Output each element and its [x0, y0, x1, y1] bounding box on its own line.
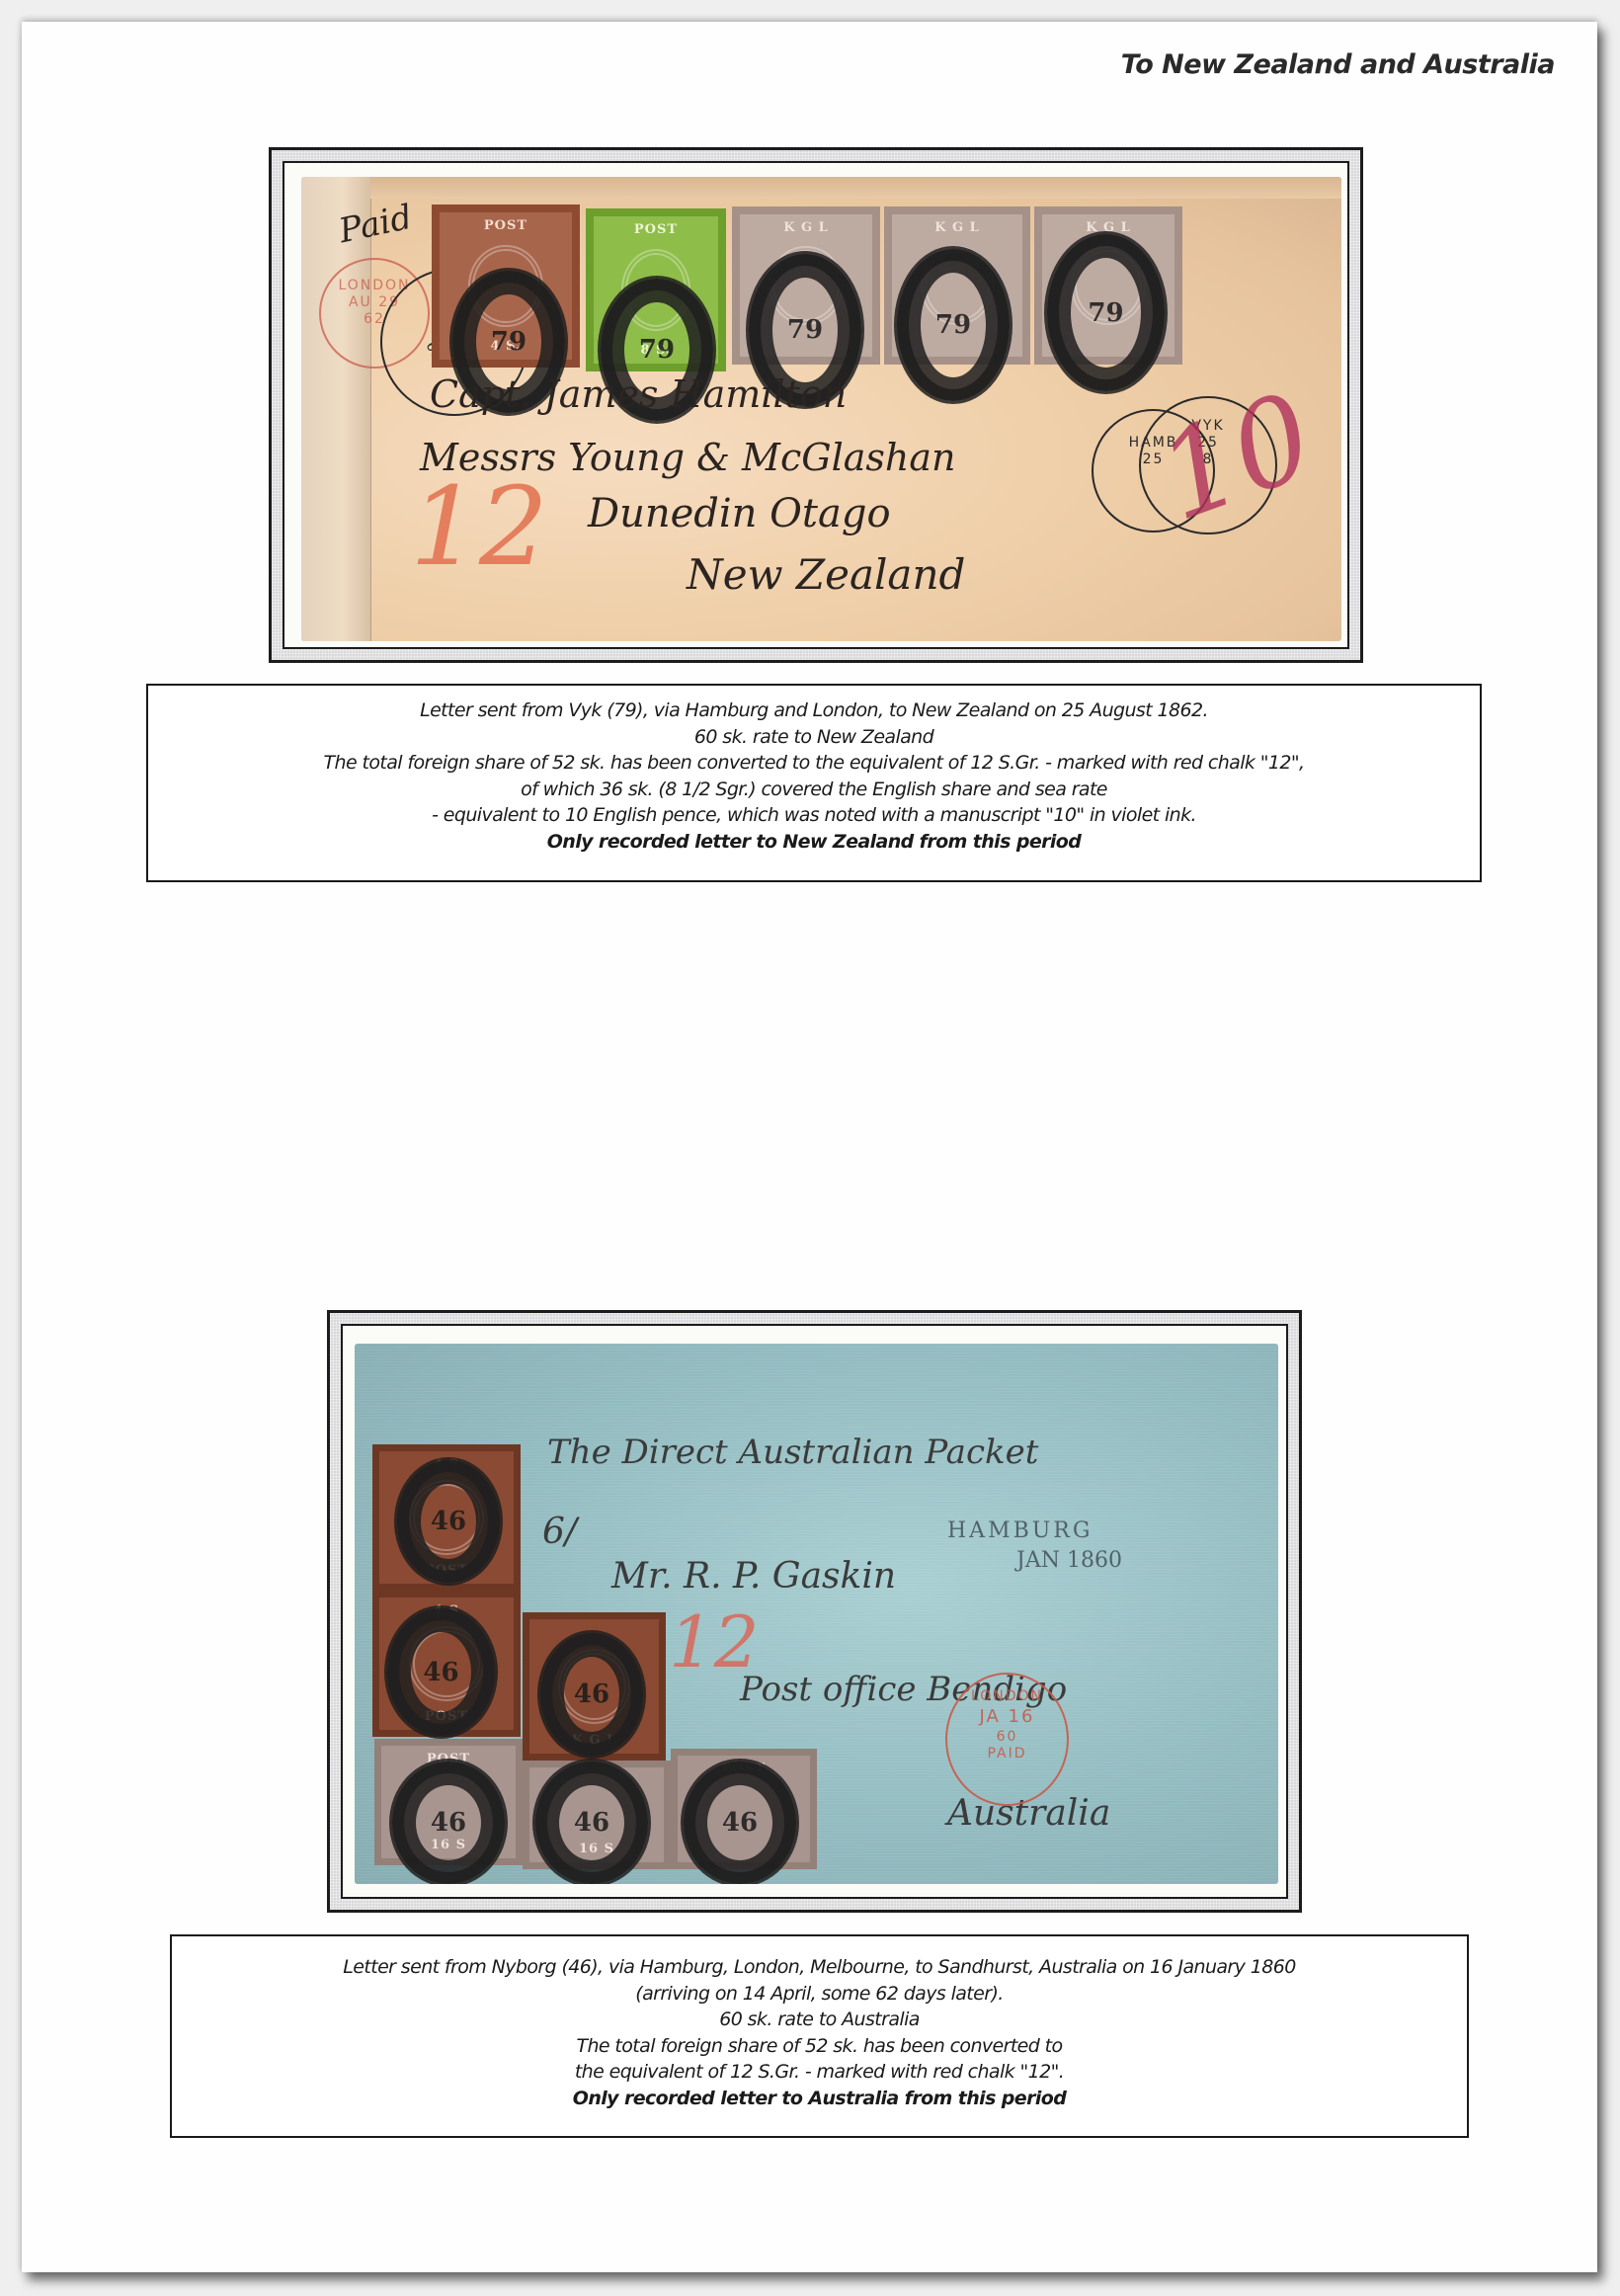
address-line-3: Dunedin Otago [588, 491, 891, 536]
numeral-cancel-46: 46 [537, 1630, 646, 1759]
numeral-cancel-46: 46 [394, 1457, 503, 1586]
caption-australia: Letter sent from Nyborg (46), via Hambur… [170, 1934, 1469, 2138]
red-chalk-12: 12 [669, 1600, 760, 1683]
numeral-cancel-79: 79 [894, 246, 1012, 404]
numeral-cancel-46: 46 [681, 1759, 799, 1884]
address-line-1: Capt. James Hamilton [430, 372, 847, 416]
envelope-australia: 4 S POST 4 S POST K G L POST 16 S 16 S [355, 1344, 1278, 1884]
numeral-cancel-79: 79 [1044, 231, 1168, 394]
envelope-top-edge [370, 177, 1341, 199]
hamburg-postmark: HAMBURG JAN 1860 [947, 1517, 1122, 1576]
caption-highlight: Only recorded letter to Australia from t… [172, 2086, 1467, 2112]
address-line-4: New Zealand [687, 550, 965, 599]
address-line-2: Mr. R. P. Gaskin [611, 1556, 896, 1597]
red-chalk-12: 12 [410, 463, 548, 590]
numeral-cancel-46: 46 [389, 1759, 508, 1884]
london-paid-postmark: LONDON JA 16 60 PAID [945, 1673, 1069, 1806]
numeral-cancel-46: 46 [384, 1605, 498, 1739]
cover-mount-new-zealand: LONDON AU 29 62 N.Z. DUNEDIN OTAGO NO 4 … [269, 147, 1363, 663]
manuscript-rate: 6/ [542, 1512, 577, 1552]
caption-new-zealand: Letter sent from Vyk (79), via Hamburg a… [146, 684, 1482, 882]
mount-inner: 4 S POST 4 S POST K G L POST 16 S 16 S [341, 1324, 1288, 1899]
address-line-1: The Direct Australian Packet [547, 1433, 1038, 1472]
cover-mount-australia: 4 S POST 4 S POST K G L POST 16 S 16 S [327, 1310, 1302, 1913]
caption-highlight: Only recorded letter to New Zealand from… [148, 829, 1480, 856]
mount-inner: LONDON AU 29 62 N.Z. DUNEDIN OTAGO NO 4 … [283, 161, 1349, 649]
page-title: To New Zealand and Australia [1121, 49, 1555, 80]
numeral-cancel-46: 46 [532, 1759, 651, 1884]
envelope-new-zealand: LONDON AU 29 62 N.Z. DUNEDIN OTAGO NO 4 … [301, 177, 1341, 641]
